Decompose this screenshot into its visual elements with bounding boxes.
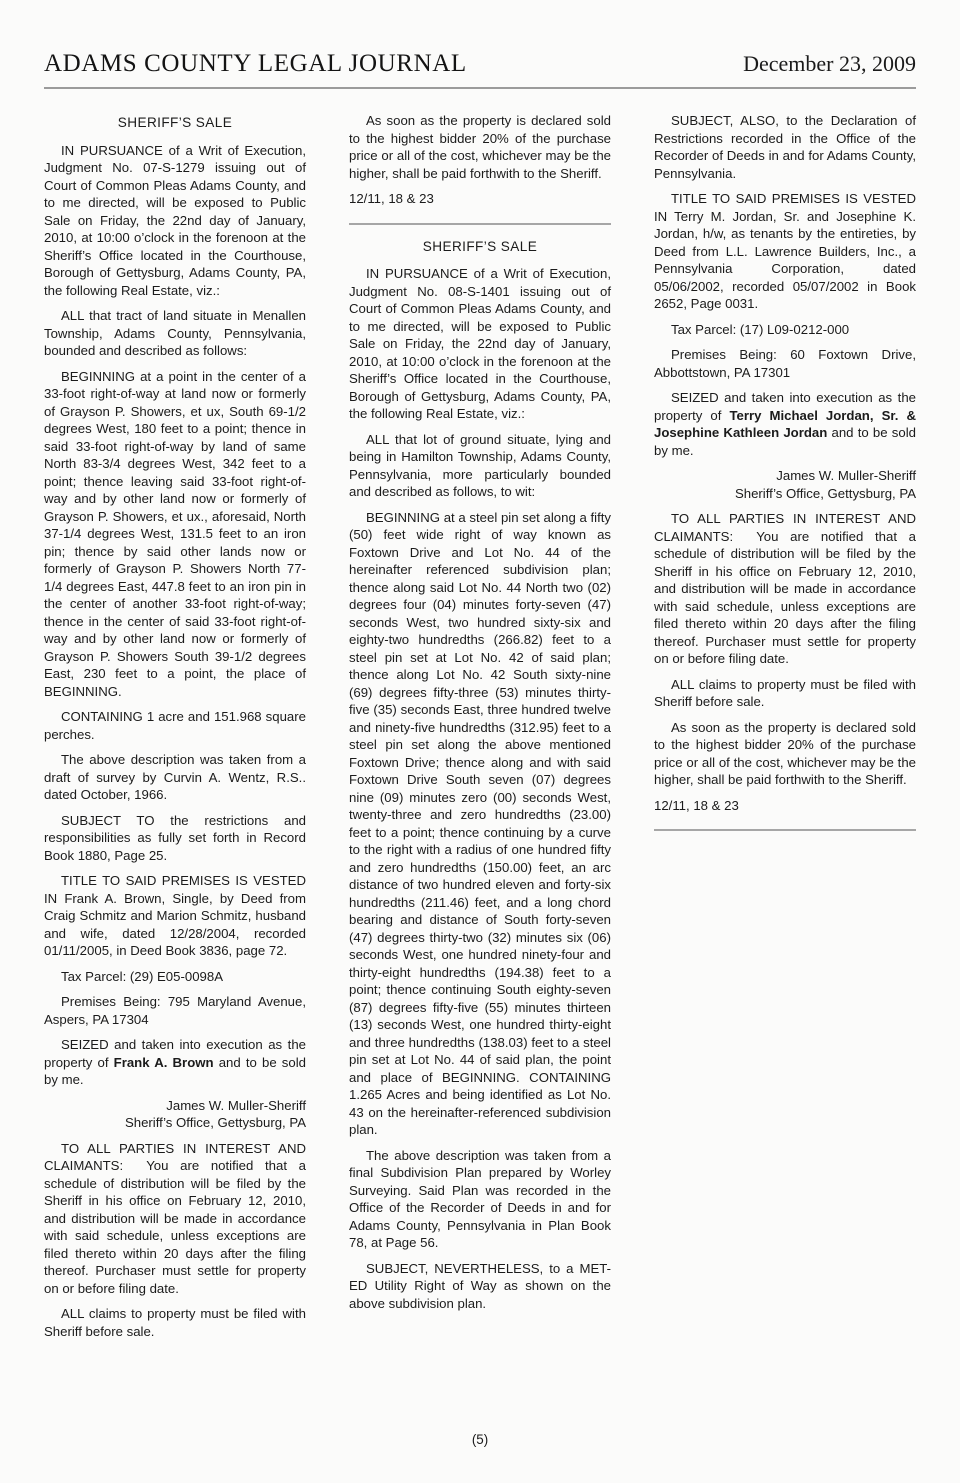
paragraph: As soon as the property is declared sold… xyxy=(654,719,916,789)
publication-dates: 12/11, 18 & 23 xyxy=(654,797,916,815)
signature-line: Sheriff’s Office, Gettysburg, PA xyxy=(44,1114,306,1132)
content-columns: SHERIFF’S SALEIN PURSUANCE of a Writ of … xyxy=(0,89,960,1348)
paragraph: TO ALL PARTIES IN INTEREST AND CLAIMANTS… xyxy=(44,1140,306,1298)
column-2: As soon as the property is declared sold… xyxy=(349,112,611,1348)
signature-block: James W. Muller-SheriffSheriff’s Office,… xyxy=(44,1097,306,1132)
journal-page: { "header": { "title": "ADAMS COUNTY LEG… xyxy=(0,0,960,1483)
section-divider-rule xyxy=(349,223,611,225)
paragraph: SUBJECT, NEVERTHELESS, to a MET-ED Utili… xyxy=(349,1260,611,1313)
paragraph: Premises Being: 60 Foxtown Drive, Abbott… xyxy=(654,346,916,381)
paragraph: SUBJECT, ALSO, to the Declaration of Res… xyxy=(654,112,916,182)
journal-date: December 23, 2009 xyxy=(743,51,916,77)
paragraph: The above description was taken from a f… xyxy=(349,1147,611,1252)
paragraph: ALL that lot of ground situate, lying an… xyxy=(349,431,611,501)
paragraph: CONTAINING 1 acre and 151.968 square per… xyxy=(44,708,306,743)
page-header: ADAMS COUNTY LEGAL JOURNAL December 23, … xyxy=(0,0,960,78)
paragraph: TITLE TO SAID PREMISES IS VESTED IN Terr… xyxy=(654,190,916,313)
bold-text: Frank A. Brown xyxy=(114,1055,214,1070)
section-divider-rule xyxy=(654,829,916,831)
paragraph: BEGINNING at a point in the center of a … xyxy=(44,368,306,701)
page-footer: (5) xyxy=(0,1432,960,1447)
signature-line: James W. Muller-Sheriff xyxy=(654,467,916,485)
paragraph: As soon as the property is declared sold… xyxy=(349,112,611,182)
paragraph: The above description was taken from a d… xyxy=(44,751,306,804)
paragraph: SEIZED and taken into execution as the p… xyxy=(44,1036,306,1089)
paragraph: BEGINNING at a steel pin set along a fif… xyxy=(349,509,611,1139)
signature-line: James W. Muller-Sheriff xyxy=(44,1097,306,1115)
column-3: SUBJECT, ALSO, to the Declaration of Res… xyxy=(654,112,916,1348)
publication-dates: 12/11, 18 & 23 xyxy=(349,190,611,208)
paragraph: ALL that tract of land situate in Menall… xyxy=(44,307,306,360)
column-1: SHERIFF’S SALEIN PURSUANCE of a Writ of … xyxy=(44,112,306,1348)
paragraph: ALL claims to property must be filed wit… xyxy=(44,1305,306,1340)
paragraph: Premises Being: 795 Maryland Avenue, Asp… xyxy=(44,993,306,1028)
paragraph: TO ALL PARTIES IN INTEREST AND CLAIMANTS… xyxy=(654,510,916,668)
page-number: (5) xyxy=(472,1432,488,1447)
paragraph: SEIZED and taken into execution as the p… xyxy=(654,389,916,459)
paragraph: IN PURSUANCE of a Writ of Execution, Jud… xyxy=(44,142,306,300)
journal-title: ADAMS COUNTY LEGAL JOURNAL xyxy=(44,50,467,78)
notice-heading: SHERIFF’S SALE xyxy=(44,114,306,132)
notice-heading: SHERIFF’S SALE xyxy=(349,238,611,256)
paragraph: SUBJECT TO the restrictions and responsi… xyxy=(44,812,306,865)
signature-block: James W. Muller-SheriffSheriff’s Office,… xyxy=(654,467,916,502)
paragraph: ALL claims to property must be filed wit… xyxy=(654,676,916,711)
signature-line: Sheriff’s Office, Gettysburg, PA xyxy=(654,485,916,503)
paragraph: IN PURSUANCE of a Writ of Execution, Jud… xyxy=(349,265,611,423)
paragraph: Tax Parcel: (29) E05-0098A xyxy=(44,968,306,986)
paragraph: Tax Parcel: (17) L09-0212-000 xyxy=(654,321,916,339)
paragraph: TITLE TO SAID PREMISES IS VESTED IN Fran… xyxy=(44,872,306,960)
